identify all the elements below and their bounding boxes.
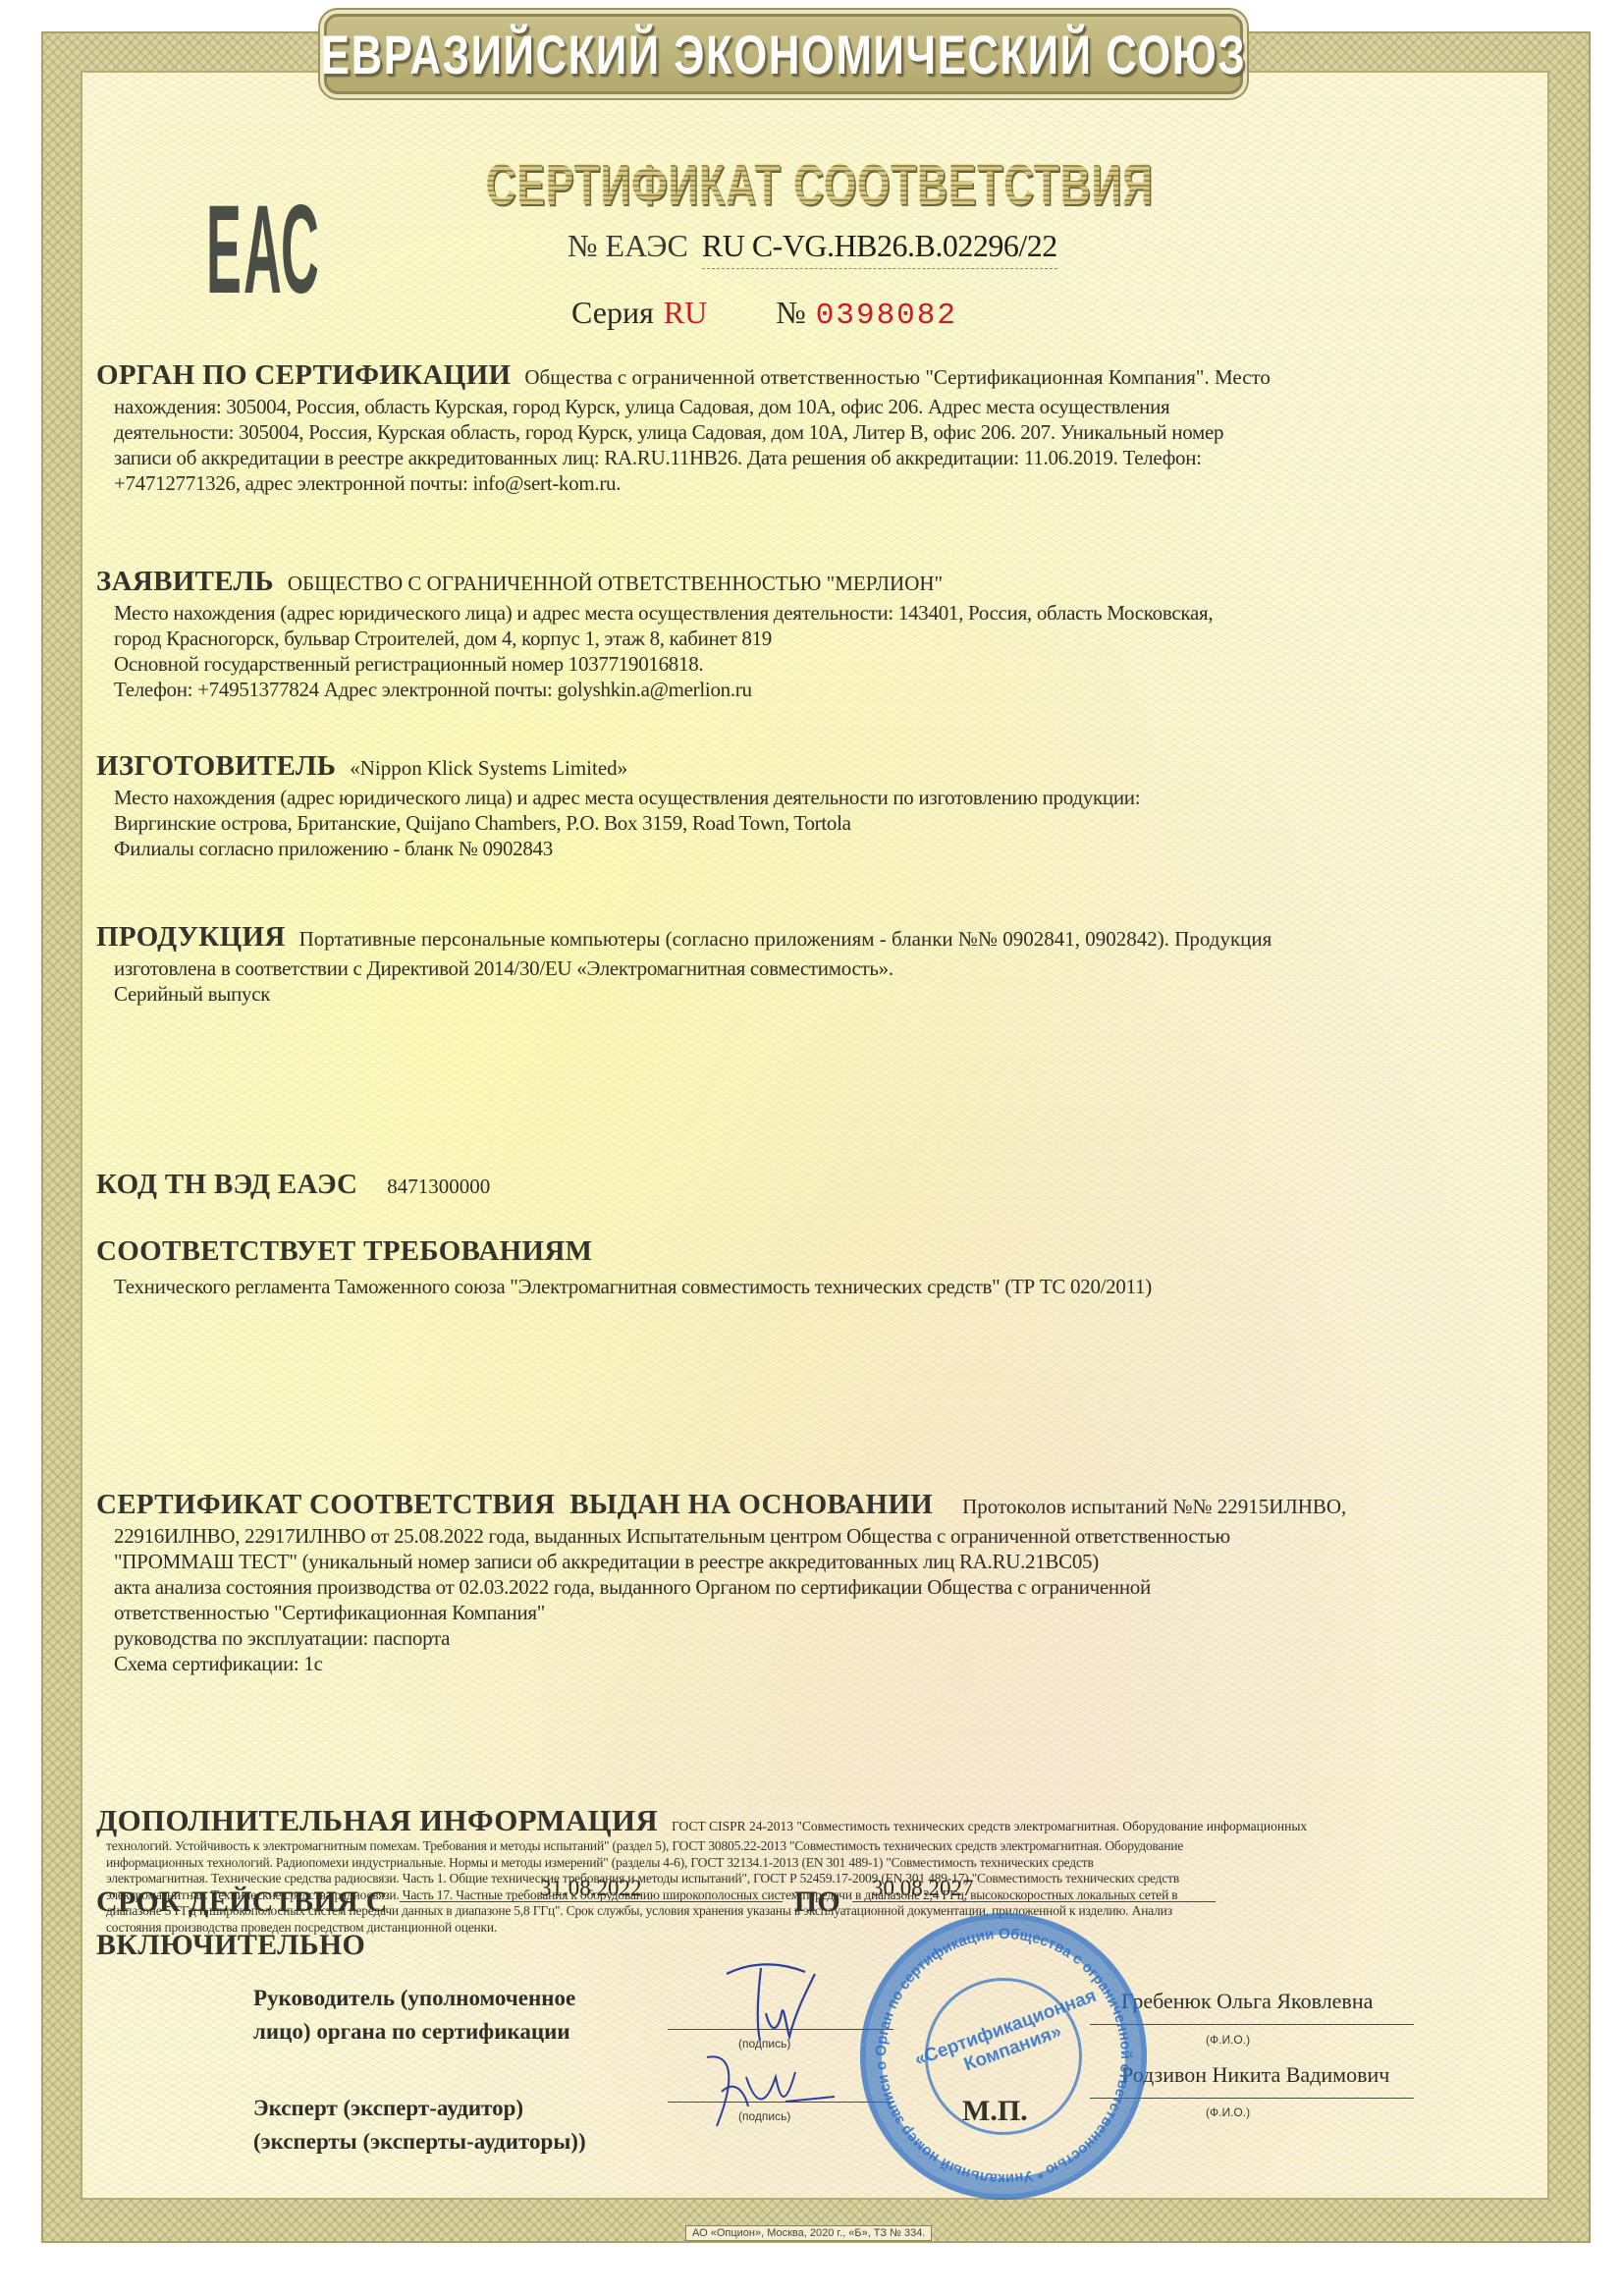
validity-row: СРОК ДЕЙСТВИЯ С31.08.2022ПО30.08.2027 [96,1886,1227,1919]
text-line: Место нахождения (адрес юридического лиц… [114,785,1530,810]
head-name-line [1090,2024,1414,2025]
section-hs-code: КОД ТН ВЭД ЕАЭС8471300000 [96,1169,1530,1201]
text-line: Филиалы согласно приложению - бланк № 09… [114,836,1530,861]
section-lead: ГОСТ CISPR 24-2013 "Совместимость технич… [672,1819,1307,1833]
head-name: Гребенюк Ольга Яковлевна [1121,1989,1373,2014]
section-heading: ИЗГОТОВИТЕЛЬ [96,750,336,782]
blank-number-label: № [776,295,806,330]
text-line: изготовлена в соответствии с Директивой … [114,956,1530,981]
section-applicant: ЗАЯВИТЕЛЬОБЩЕСТВО С ОГРАНИЧЕННОЙ ОТВЕТСТ… [96,566,1530,702]
expert-signature-icon [677,2048,844,2136]
text-line: деятельности: 305004, Россия, Курская об… [114,419,1530,445]
registration-value: RU C-VG.HB26.B.02296/22 [702,228,1057,269]
text-line: Телефон: +74951377824 Адрес электронной … [114,677,1530,702]
section-heading: ОРГАН ПО СЕРТИФИКАЦИИ [96,359,511,391]
expert-name-line [1090,2098,1414,2099]
printer-note: АО «Опцион», Москва, 2020 г., «Б», ТЗ № … [685,2225,932,2241]
registration-label: № ЕАЭС [568,228,688,263]
section-certification-body: ОРГАН ПО СЕРТИФИКАЦИИОбщества с ограниче… [96,359,1530,496]
text-line: информационных технологий. Радиопомехи и… [106,1855,1530,1872]
series-label: Серия [571,295,654,330]
blank-number-value: 0398082 [816,299,957,333]
expert-name: Родзивон Никита Вадимович [1121,2062,1389,2088]
section-heading: ЗАЯВИТЕЛЬ [96,566,274,597]
certificate-title: СЕРТИФИКАТ СООТВЕТСТВИЯ [465,157,1172,212]
text-line: Основной государственный регистрационный… [114,651,1530,677]
validity-to-label: ПО [794,1886,840,1918]
section-heading: СЕРТИФИКАТ СООТВЕТСТВИЯ ВЫДАН НА ОСНОВАН… [96,1489,933,1520]
section-lead: Общества с ограниченной ответственностью… [524,365,1271,389]
expert-name-caption: (Ф.И.О.) [1206,2105,1250,2119]
text-line: Схема сертификации: 1с [114,1651,1530,1676]
section-basis: СЕРТИФИКАТ СООТВЕТСТВИЯ ВЫДАН НА ОСНОВАН… [96,1489,1530,1676]
section-product: ПРОДУКЦИЯПортативные персональные компью… [96,921,1530,1007]
section-heading: СООТВЕТСТВУЕТ ТРЕБОВАНИЯМ [96,1235,592,1267]
text-line: нахождения: 305004, Россия, область Курс… [114,394,1530,419]
expert-role: Эксперт (эксперт-аудитор) (эксперты (экс… [253,2092,586,2159]
validity-from-date: 31.08.2022 [400,1876,783,1902]
text-line: "ПРОММАШ ТЕСТ" (уникальный номер записи … [114,1549,1530,1574]
text-line: +74712771326, адрес электронной почты: i… [114,470,1530,496]
text-line: акта анализа состояния производства от 0… [114,1574,1530,1600]
eaeu-banner-text: ЕВРАЗИЙСКИЙ ЭКОНОМИЧЕСКИЙ СОЮЗ [321,23,1246,86]
head-signature-icon [717,1954,835,2052]
seal-place-label: М.П. [962,2095,1028,2128]
section-heading: ДОПОЛНИТЕЛЬНАЯ ИНФОРМАЦИЯ [96,1803,658,1837]
text-line: 22916ИЛНВО, 22917ИЛНВО от 25.08.2022 год… [114,1523,1530,1549]
text-line: руководства по эксплуатации: паспорта [114,1625,1530,1651]
section-lead: «Nippon Klick Systems Limited» [350,756,627,780]
text-line: ответственностью "Сертификационная Компа… [114,1600,1530,1625]
eac-logo-icon: ЕАС [206,201,308,301]
validity-to-date: 30.08.2027 [852,1876,1216,1902]
text-line: Место нахождения (адрес юридического лиц… [114,600,1530,626]
validity-from-label: СРОК ДЕЙСТВИЯ С [96,1886,388,1918]
section-lead: ОБЩЕСТВО С ОГРАНИЧЕННОЙ ОТВЕТСТВЕННОСТЬЮ… [288,572,943,595]
section-requirements: СООТВЕТСТВУЕТ ТРЕБОВАНИЯМ Технического р… [96,1235,1530,1299]
head-role: Руководитель (уполномоченное лицо) орган… [253,1982,575,2049]
series-value: RU [664,295,707,330]
series-number: СерияRU№0398082 [571,295,957,333]
section-lead: Протоколов испытаний №№ 22915ИЛНВО, [962,1495,1346,1518]
text-line: Серийный выпуск [114,981,1530,1007]
head-name-caption: (Ф.И.О.) [1206,2033,1250,2047]
text-line: технологий. Устойчивость к электромагнит… [106,1838,1530,1855]
section-heading: КОД ТН ВЭД ЕАЭС [96,1169,357,1200]
text-line: Виргинские острова, Британские, Quijano … [114,810,1530,836]
section-lead: Портативные персональные компьютеры (сог… [299,927,1272,951]
section-heading: ПРОДУКЦИЯ [96,921,286,953]
text-line: Технического регламента Таможенного союз… [114,1274,1530,1299]
text-line: город Красногорск, бульвар Строителей, д… [114,626,1530,651]
eaeu-banner: ЕВРАЗИЙСКИЙ ЭКОНОМИЧЕСКИЙ СОЮЗ [324,14,1243,94]
registration-number: № ЕАЭСRU C-VG.HB26.B.02296/22 [568,228,1057,269]
text-line: записи об аккредитации в реестре аккреди… [114,445,1530,470]
validity-inclusive: ВКЛЮЧИТЕЛЬНО [96,1929,365,1962]
hs-code-value: 8471300000 [387,1175,490,1198]
section-manufacturer: ИЗГОТОВИТЕЛЬ«Nippon Klick Systems Limite… [96,750,1530,861]
